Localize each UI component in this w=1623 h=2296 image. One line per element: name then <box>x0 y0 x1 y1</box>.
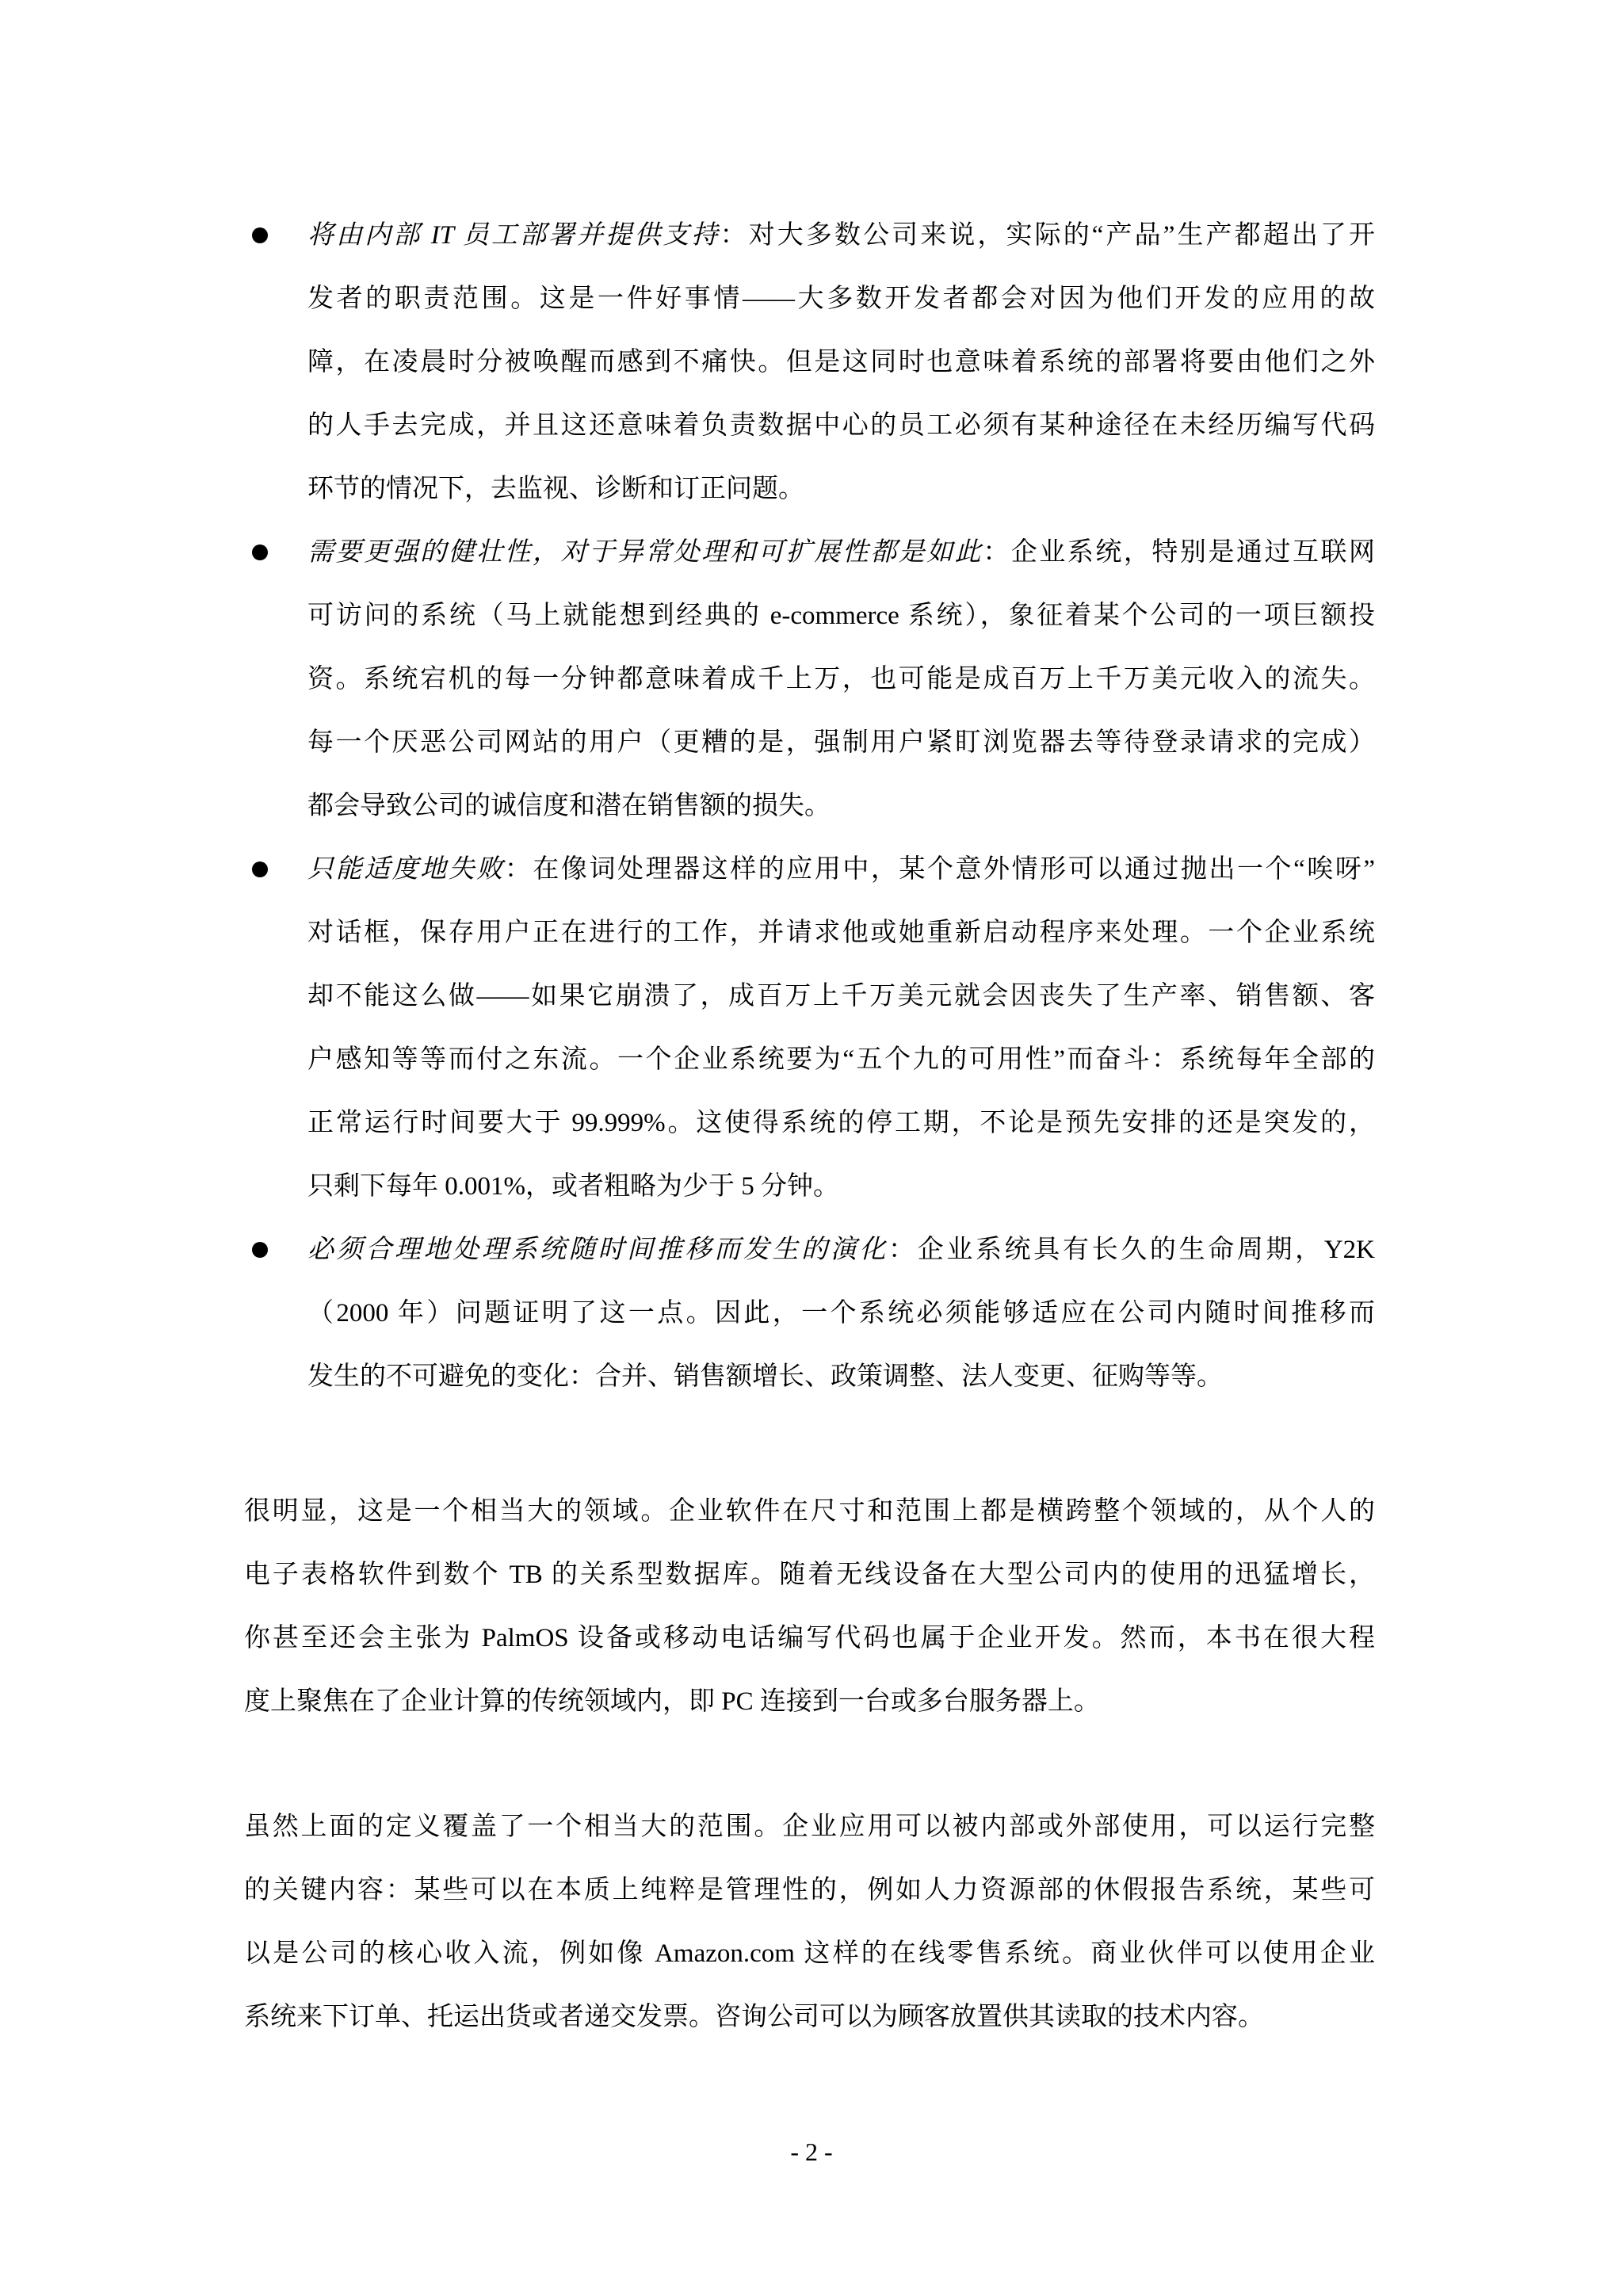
text-line: 电子表格软件到数个 TB 的关系型数据库。随着无线设备在大型公司内的使用的迅猛增… <box>244 1543 1375 1606</box>
text-line: 发者的职责范围。这是一件好事情——大多数开发者都会对因为他们开发的应用的故 <box>307 267 1375 330</box>
text-line: 户感知等等而付之东流。一个企业系统要为“五个九的可用性”而奋斗：系统每年全部的 <box>307 1028 1375 1091</box>
document-page: 将由内部 IT 员工部署并提供支持：对大多数公司来说，实际的“产品”生产都超出了… <box>0 0 1623 2296</box>
text-line: 正常运行时间要大于 99.999%。这使得系统的停工期，不论是预先安排的还是突发… <box>307 1091 1375 1155</box>
text-line: 却不能这么做——如果它崩溃了，成百万上千万美元就会因丧失了生产率、销售额、客 <box>307 965 1375 1028</box>
text-line: 可访问的系统（马上就能想到经典的 e-commerce 系统），象征着某个公司的… <box>307 584 1375 648</box>
text-line: 每一个厌恶公司网站的用户（更糟的是，强制用户紧盯浏览器去等待登录请求的完成） <box>307 711 1375 774</box>
page-number: - 2 - <box>790 2137 832 2166</box>
bullet-body-lines: （2000 年）问题证明了这一点。因此，一个系统必须能够适应在公司内随时间推移而… <box>307 1282 1375 1408</box>
bullet-body-lines: 对话框，保存用户正在进行的工作，并请求他或她重新启动程序来处理。一个企业系统却不… <box>307 901 1375 1218</box>
text-line: 你甚至还会主张为 PalmOS 设备或移动电话编写代码也属于企业开发。然而，本书… <box>244 1606 1375 1670</box>
text-line: 环节的情况下，去监视、诊断和订正问题。 <box>307 457 1375 521</box>
paragraph: 虽然上面的定义覆盖了一个相当大的范围。企业应用可以被内部或外部使用，可以运行完整… <box>244 1795 1375 2049</box>
bullet-colon: ： <box>505 855 533 884</box>
paragraph: 很明显，这是一个相当大的领域。企业软件在尺寸和范围上都是横跨整个领域的，从个人的… <box>244 1480 1375 1733</box>
text-line: 度上聚焦在了企业计算的传统领域内，即 PC 连接到一台或多台服务器上。 <box>244 1670 1375 1733</box>
bullet-colon: ： <box>888 1236 918 1264</box>
paragraph-lines: 很明显，这是一个相当大的领域。企业软件在尺寸和范围上都是横跨整个领域的，从个人的… <box>244 1480 1375 1733</box>
text-line: 对话框，保存用户正在进行的工作，并请求他或她重新启动程序来处理。一个企业系统 <box>307 901 1375 965</box>
bullet-first-line: 必须合理地处理系统随时间推移而发生的演化：企业系统具有长久的生命周期，Y2K <box>307 1218 1375 1282</box>
text-line: 的人手去完成，并且这还意味着负责数据中心的员工必须有某种途径在未经历编写代码 <box>307 394 1375 457</box>
text-line: 以是公司的核心收入流，例如像 Amazon.com 这样的在线零售系统。商业伙伴… <box>244 1922 1375 1985</box>
bullet-first-line-text: 企业系统具有长久的生命周期，Y2K <box>918 1236 1375 1264</box>
text-line: 只剩下每年 0.001%，或者粗略为少于 5 分钟。 <box>307 1155 1375 1218</box>
bullet-marker-icon <box>252 544 268 560</box>
bullet-title: 必须合理地处理系统随时间推移而发生的演化 <box>307 1236 888 1264</box>
text-line: 虽然上面的定义覆盖了一个相当大的范围。企业应用可以被内部或外部使用，可以运行完整 <box>244 1795 1375 1859</box>
text-line: 资。系统宕机的每一分钟都意味着成千上万，也可能是成百万上千万美元收入的流失。 <box>307 648 1375 711</box>
bullet-first-line-text: 对大多数公司来说，实际的“产品”生产都超出了开 <box>749 221 1375 250</box>
bullet-item: 需要更强的健壮性，对于异常处理和可扩展性都是如此：企业系统，特别是通过互联网 可… <box>244 521 1375 838</box>
bullet-title: 只能适度地失败 <box>307 855 505 884</box>
bullet-list: 将由内部 IT 员工部署并提供支持：对大多数公司来说，实际的“产品”生产都超出了… <box>244 204 1375 1408</box>
paragraph-lines: 虽然上面的定义覆盖了一个相当大的范围。企业应用可以被内部或外部使用，可以运行完整… <box>244 1795 1375 2049</box>
text-line: 都会导致公司的诚信度和潜在销售额的损失。 <box>307 774 1375 838</box>
bullet-item: 只能适度地失败：在像词处理器这样的应用中，某个意外情形可以通过抛出一个“唉呀” … <box>244 838 1375 1218</box>
bullet-colon: ： <box>983 538 1011 567</box>
page-footer: - 2 - <box>0 2136 1623 2168</box>
bullet-first-line: 将由内部 IT 员工部署并提供支持：对大多数公司来说，实际的“产品”生产都超出了… <box>307 204 1375 267</box>
bullet-item: 将由内部 IT 员工部署并提供支持：对大多数公司来说，实际的“产品”生产都超出了… <box>244 204 1375 521</box>
text-line: 障，在凌晨时分被唤醒而感到不痛快。但是这同时也意味着系统的部署将要由他们之外 <box>307 330 1375 394</box>
text-line: 的关键内容：某些可以在本质上纯粹是管理性的，例如人力资源部的休假报告系统，某些可 <box>244 1859 1375 1922</box>
bullet-item: 必须合理地处理系统随时间推移而发生的演化：企业系统具有长久的生命周期，Y2K （… <box>244 1218 1375 1408</box>
bullet-marker-icon <box>252 1242 268 1258</box>
bullet-first-line-text: 在像词处理器这样的应用中，某个意外情形可以通过抛出一个“唉呀” <box>533 855 1375 884</box>
body-paragraphs: 很明显，这是一个相当大的领域。企业软件在尺寸和范围上都是横跨整个领域的，从个人的… <box>244 1408 1375 2049</box>
bullet-title: 需要更强的健壮性，对于异常处理和可扩展性都是如此 <box>307 538 983 567</box>
bullet-first-line-text: 企业系统，特别是通过互联网 <box>1011 538 1375 567</box>
bullet-marker-icon <box>252 861 268 877</box>
bullet-body-lines: 可访问的系统（马上就能想到经典的 e-commerce 系统），象征着某个公司的… <box>307 584 1375 838</box>
text-line: 发生的不可避免的变化：合并、销售额增长、政策调整、法人变更、征购等等。 <box>307 1345 1375 1408</box>
bullet-first-line: 只能适度地失败：在像词处理器这样的应用中，某个意外情形可以通过抛出一个“唉呀” <box>307 838 1375 901</box>
bullet-title: 将由内部 IT 员工部署并提供支持 <box>307 221 720 250</box>
text-line: 系统来下订单、托运出货或者递交发票。咨询公司可以为顾客放置供其读取的技术内容。 <box>244 1985 1375 2049</box>
bullet-colon: ： <box>720 221 749 250</box>
text-line: （2000 年）问题证明了这一点。因此，一个系统必须能够适应在公司内随时间推移而 <box>307 1282 1375 1345</box>
text-line: 很明显，这是一个相当大的领域。企业软件在尺寸和范围上都是横跨整个领域的，从个人的 <box>244 1480 1375 1543</box>
bullet-marker-icon <box>252 227 268 243</box>
bullet-first-line: 需要更强的健壮性，对于异常处理和可扩展性都是如此：企业系统，特别是通过互联网 <box>307 521 1375 584</box>
bullet-body-lines: 发者的职责范围。这是一件好事情——大多数开发者都会对因为他们开发的应用的故障，在… <box>307 267 1375 521</box>
